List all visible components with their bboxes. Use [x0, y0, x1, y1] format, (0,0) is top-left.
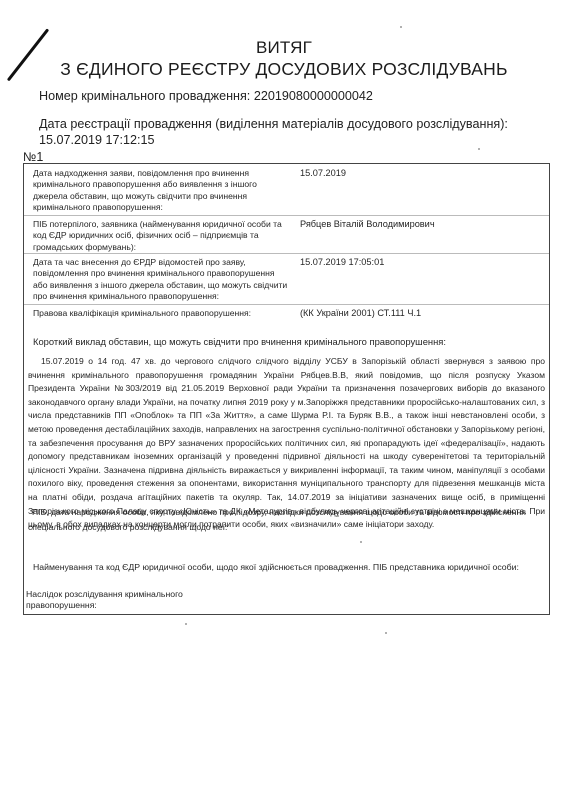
row-divider	[24, 304, 549, 305]
document-subtitle: З ЄДИНОГО РЕЄСТРУ ДОСУДОВИХ РОЗСЛІДУВАНЬ	[0, 59, 568, 80]
scan-speck	[478, 148, 480, 150]
record-number: №1	[23, 150, 43, 164]
case-number-value: 22019080000000042	[254, 89, 373, 103]
investigation-result-label: Наслідок розслідування кримінального пра…	[26, 589, 186, 611]
document-title: ВИТЯГ	[0, 38, 568, 58]
row-divider	[24, 215, 549, 216]
scan-speck	[385, 632, 387, 634]
row-value: Рябцев Віталій Володимирович	[300, 219, 435, 230]
scan-speck	[360, 541, 362, 543]
short-description-label: Короткий виклад обставин, що можуть свід…	[33, 336, 446, 347]
case-number-label: Номер кримінального провадження:	[39, 89, 250, 103]
registration-date-value: 15.07.2019 17:12:15	[39, 133, 155, 147]
row-label: Дата надходження заяви, повідомлення про…	[33, 168, 288, 213]
row-divider	[24, 253, 549, 254]
scan-speck	[400, 26, 402, 28]
record-table: Дата надходження заяви, повідомлення про…	[23, 163, 550, 615]
row-value: 15.07.2019	[300, 168, 346, 179]
scan-speck	[185, 623, 187, 625]
registration-date-label: Дата реєстрації провадження (виділення м…	[39, 117, 508, 131]
registration-date-line: Дата реєстрації провадження (виділення м…	[39, 116, 519, 148]
case-number-line: Номер кримінального провадження: 2201908…	[39, 89, 373, 103]
suspect-info-label: ПІБ, дата народження особи, яку повідомл…	[28, 505, 543, 535]
row-label: ПІБ потерпілого, заявника (найменування …	[33, 219, 288, 253]
row-value: (КК України 2001) СТ.111 Ч.1	[300, 308, 421, 319]
row-label: Дата та час внесення до ЄРДР відомостей …	[33, 257, 288, 302]
row-label: Правова кваліфікація кримінального право…	[33, 308, 333, 319]
row-value: 15.07.2019 17:05:01	[300, 257, 384, 268]
scan-speck	[337, 515, 339, 517]
legal-entity-label: Найменування та код ЄДР юридичної особи,…	[33, 562, 519, 572]
